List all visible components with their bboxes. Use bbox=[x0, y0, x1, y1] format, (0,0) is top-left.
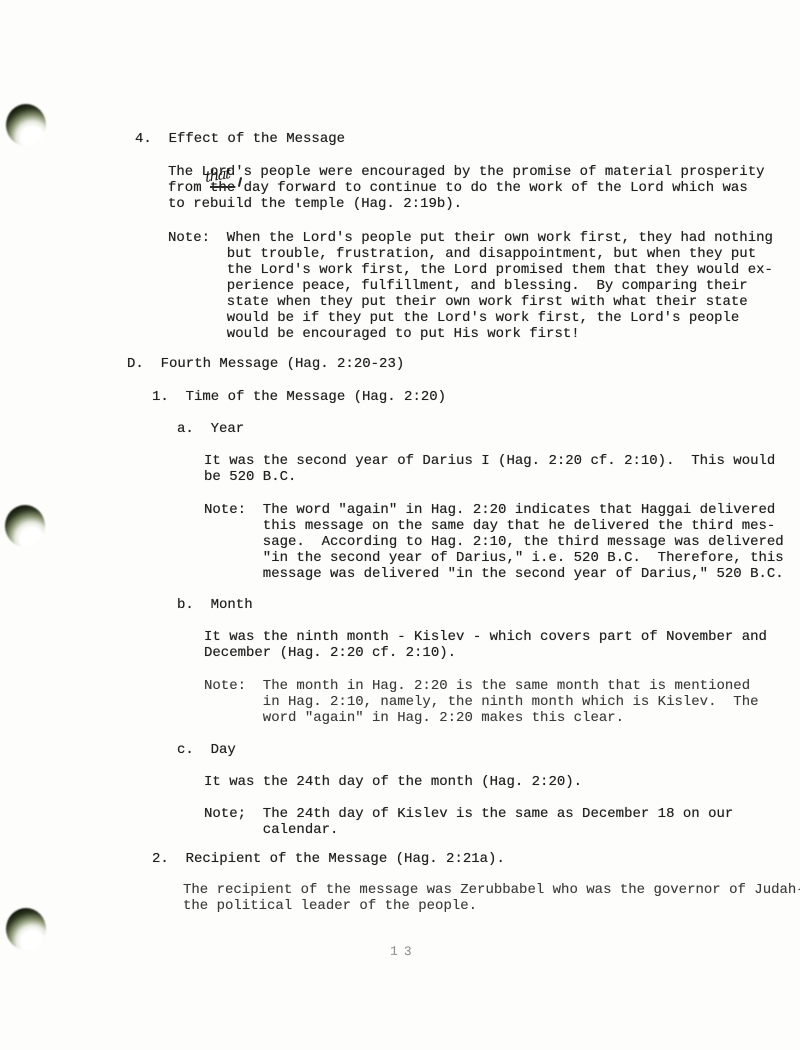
punch-hole-bottom bbox=[6, 908, 46, 950]
item-2-paragraph: The recipient of the message was Zerubba… bbox=[183, 882, 800, 914]
item-1b-paragraph: It was the ninth month - Kislev - which … bbox=[204, 629, 767, 661]
item-1c-note: Note; The 24th day of Kislev is the same… bbox=[204, 806, 733, 838]
item-1a-heading: a. Year bbox=[177, 421, 244, 437]
item-1a-paragraph: It was the second year of Darius I (Hag.… bbox=[204, 453, 775, 485]
section-4-paragraph: The Lord's people were encouraged by the… bbox=[168, 164, 765, 212]
punch-hole-middle bbox=[5, 505, 45, 547]
para-line-1: The Lord's people were encouraged by the… bbox=[168, 164, 765, 180]
para-line-2-prefix: from bbox=[168, 180, 210, 196]
item-1a-note: Note: The word "again" in Hag. 2:20 indi… bbox=[204, 502, 784, 582]
page-number: 13 bbox=[390, 944, 418, 960]
handwritten-correction: that bbox=[205, 166, 230, 184]
para-line-3: to rebuild the temple (Hag. 2:19b). bbox=[168, 196, 765, 212]
para-line-2-with-correction: from the day forward to continue to do t… bbox=[168, 180, 765, 196]
item-1-heading: 1. Time of the Message (Hag. 2:20) bbox=[152, 389, 446, 405]
item-1b-heading: b. Month bbox=[177, 597, 253, 613]
scanned-document-page: 4. Effect of the Message The Lord's peop… bbox=[0, 0, 800, 1050]
section-4-heading: 4. Effect of the Message bbox=[135, 131, 345, 147]
para-line-2-rest: day forward to continue to do the work o… bbox=[235, 180, 747, 196]
section-4-note: Note: When the Lord's people put their o… bbox=[168, 230, 773, 342]
item-2-heading: 2. Recipient of the Message (Hag. 2:21a)… bbox=[152, 851, 505, 867]
item-1c-paragraph: It was the 24th day of the month (Hag. 2… bbox=[204, 774, 582, 790]
item-1c-heading: c. Day bbox=[177, 742, 236, 758]
section-d-heading: D. Fourth Message (Hag. 2:20-23) bbox=[127, 356, 404, 372]
item-1b-note: Note: The month in Hag. 2:20 is the same… bbox=[204, 678, 759, 726]
punch-hole-top bbox=[6, 104, 46, 146]
